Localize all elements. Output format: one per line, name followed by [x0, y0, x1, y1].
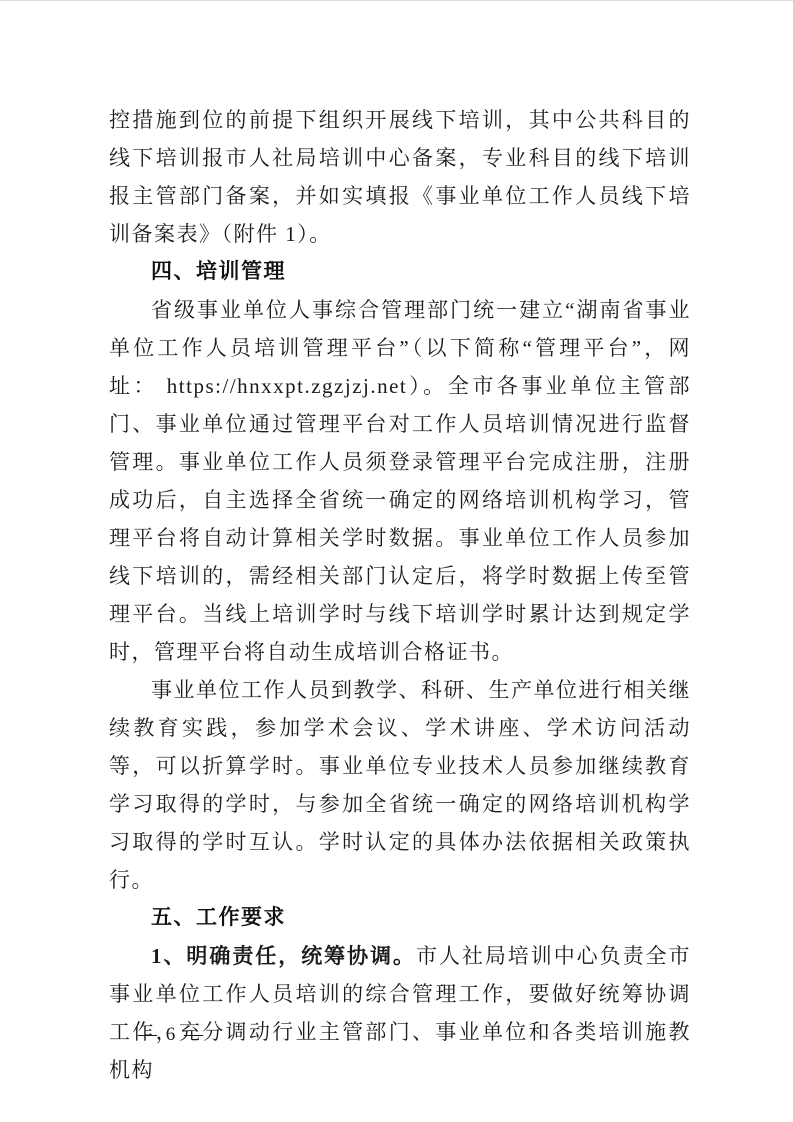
- section-heading-5: 五、工作要求: [109, 899, 691, 937]
- document-page: 控措施到位的前提下组织开展线下培训，其中公共科目的线下培训报市人社局培训中心备案…: [0, 0, 793, 1122]
- document-body: 控措施到位的前提下组织开展线下培训，其中公共科目的线下培训报市人社局培训中心备案…: [109, 101, 691, 1089]
- section4-paragraph-1: 省级事业单位人事综合管理部门统一建立“湖南省事业单位工作人员培训管理平台”（以下…: [109, 291, 691, 671]
- section5-item-1: 1、明确责任，统筹协调。市人社局培训中心负责全市事业单位工作人员培训的综合管理工…: [109, 937, 691, 1089]
- page-number: — 6 —: [138, 1024, 205, 1046]
- section-heading-4: 四、培训管理: [109, 253, 691, 291]
- scan-edge-line: [0, 0, 793, 1]
- section4-paragraph-2: 事业单位工作人员到教学、科研、生产单位进行相关继续教育实践，参加学术会议、学术讲…: [109, 671, 691, 899]
- section5-item-1-lead: 1、明确责任，统筹协调。: [151, 944, 416, 968]
- paragraph-continuation: 控措施到位的前提下组织开展线下培训，其中公共科目的线下培训报市人社局培训中心备案…: [109, 101, 691, 253]
